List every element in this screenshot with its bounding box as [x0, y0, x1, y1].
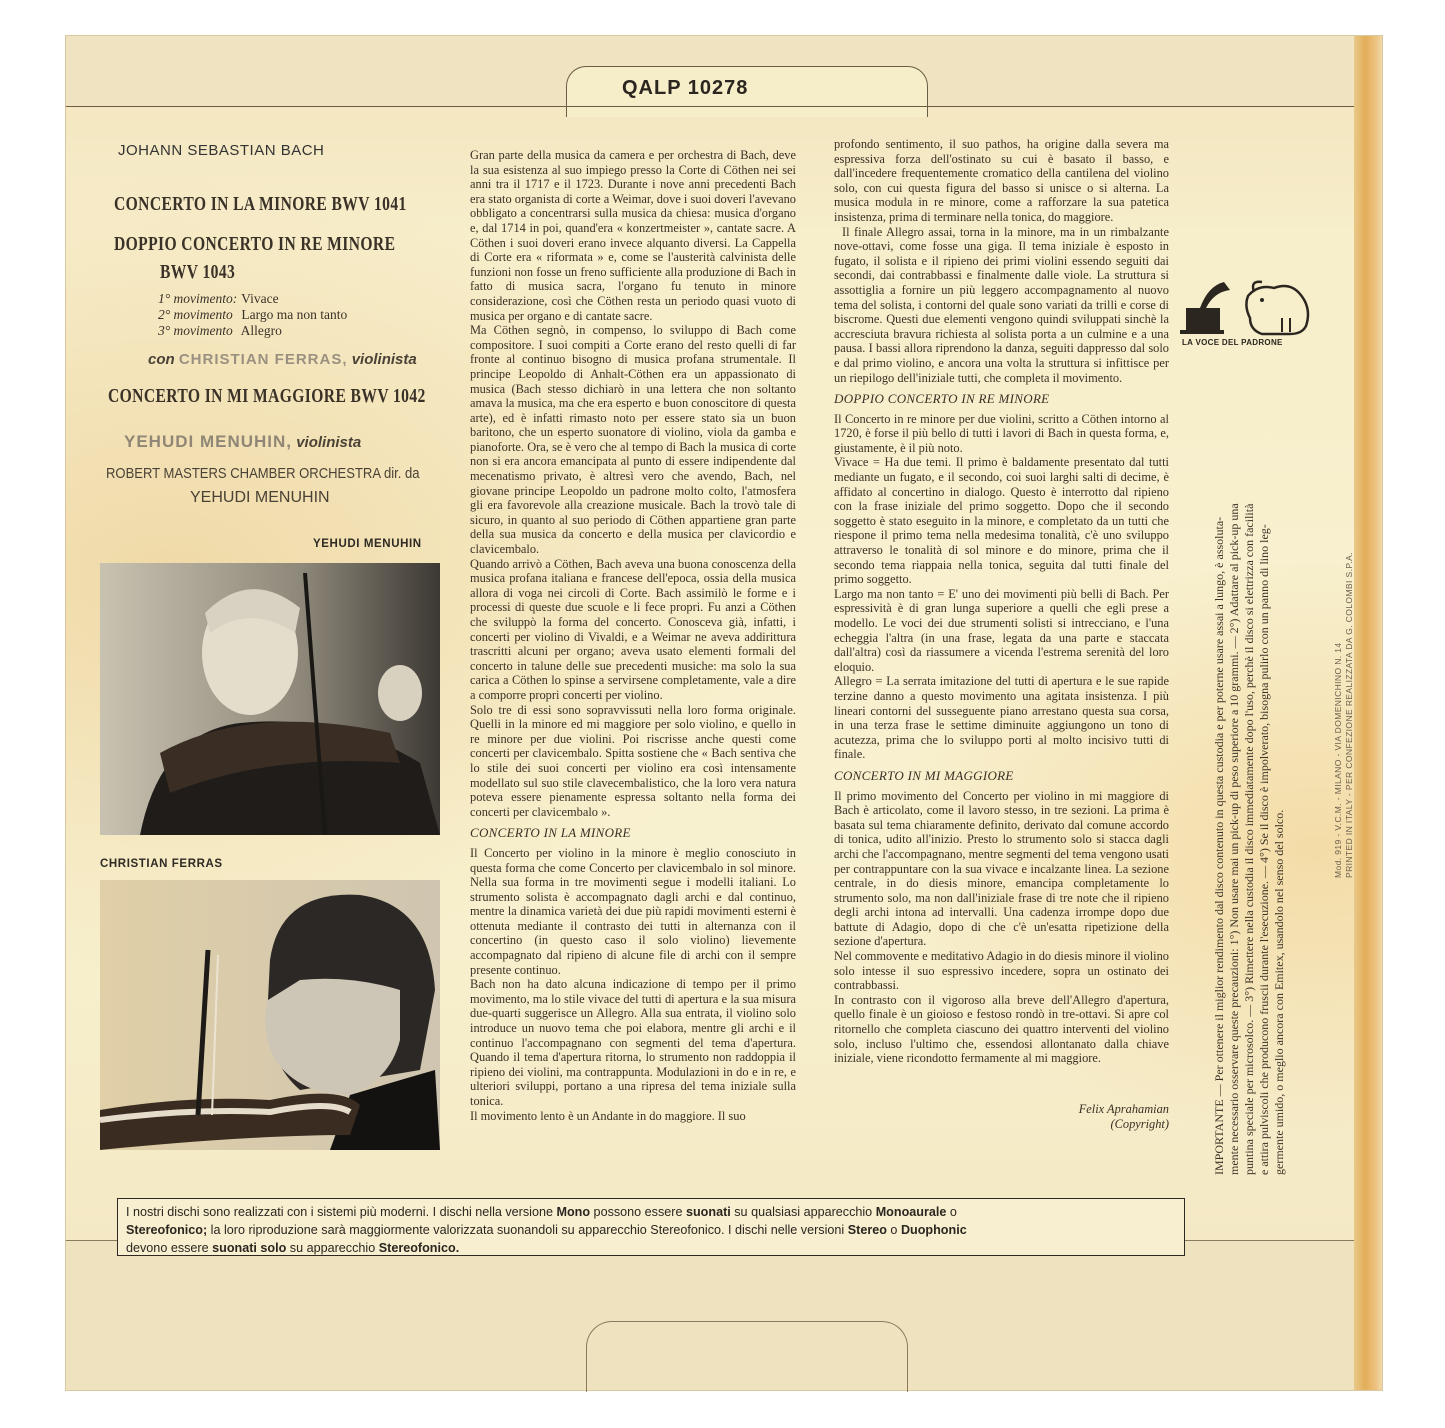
dog-and-gramophone-icon	[1178, 278, 1318, 340]
work-title-bwv1043-line2: BWV 1043	[160, 261, 235, 284]
care-instructions-line-3: puntina speciale per microsolco. — 3°) R…	[1242, 504, 1256, 1175]
orchestra-credit: ROBERT MASTERS CHAMBER ORCHESTRA dir. da	[106, 466, 420, 482]
care-instructions-line-5: germente umido, o meglio ancora con Emit…	[1272, 810, 1286, 1175]
violinist-photo-menuhin	[100, 563, 440, 835]
sleeve-spine-edge	[1354, 36, 1382, 1390]
section-heading: DOPPIO CONCERTO IN RE MINORE	[834, 392, 1169, 407]
paragraph: Nel commovente e meditativo Adagio in do…	[834, 949, 1169, 993]
paragraph: Vivace = Ha due temi. Il primo è baldame…	[834, 455, 1169, 586]
liner-notes-column-2: profondo sentimento, il suo pathos, ha o…	[834, 137, 1169, 1066]
printer-info-line-2: PRINTED IN ITALY - PER CONFEZIONE REALIZ…	[1344, 552, 1354, 878]
label-name: LA VOCE DEL PADRONE	[1182, 338, 1283, 347]
paragraph: In contrasto con il vigoroso alla breve …	[834, 993, 1169, 1066]
section-heading: CONCERTO IN LA MINORE	[470, 826, 796, 841]
playback-notice-box: I nostri dischi sono realizzati con i si…	[117, 1198, 1185, 1256]
work-title-bwv1041: CONCERTO IN LA MINORE BWV 1041	[114, 193, 407, 216]
paragraph: Il movimento lento è un Andante in do ma…	[470, 1109, 796, 1124]
photo-caption-menuhin: YEHUDI MENUHIN	[313, 538, 422, 550]
flap-fold-line	[66, 106, 1382, 107]
paragraph: Il primo movimento del Concerto per viol…	[834, 789, 1169, 950]
paragraph: Bach non ha dato alcuna indicazione di t…	[470, 977, 796, 1108]
conductor-name: YEHUDI MENUHIN	[190, 489, 330, 507]
care-instructions-line-4: e attira pulviscoli che producono frusci…	[1257, 524, 1271, 1175]
care-instructions-line-1: IMPORTANTE — Per ottenere il miglior ren…	[1212, 517, 1226, 1175]
paragraph: Ma Cöthen segnò, in compenso, lo svilupp…	[470, 323, 796, 557]
performer-menuhin: YEHUDI MENUHIN, violinista	[124, 432, 361, 452]
photo-yehudi-menuhin	[100, 563, 440, 835]
movement-1: 1° movimento: Vivace	[158, 291, 279, 307]
author-signature: Felix Aprahamian	[834, 1102, 1169, 1117]
composer-name: JOHANN SEBASTIAN BACH	[118, 142, 324, 159]
photo-caption-ferras: CHRISTIAN FERRAS	[100, 858, 223, 870]
catalog-number: QALP 10278	[622, 77, 748, 100]
photo-christian-ferras	[100, 880, 440, 1150]
care-instructions-line-2: mente necessario osservare queste precau…	[1227, 503, 1241, 1175]
copyright-note: (Copyright)	[834, 1117, 1169, 1132]
paragraph: Largo ma non tanto = E' uno dei moviment…	[834, 587, 1169, 675]
paragraph: Solo tre di essi sono sopravvissuti nell…	[470, 703, 796, 820]
printer-info-line-1: Mod. 919 - V.C.M. - MILANO - VIA DOMENIC…	[1333, 642, 1343, 878]
paragraph: Quando arrivò a Cöthen, Bach aveva una b…	[470, 557, 796, 703]
paragraph: Il finale Allegro assai, torna in la min…	[834, 225, 1169, 386]
paragraph: Allegro = La serrata imitazione del tutt…	[834, 674, 1169, 762]
paragraph: Il Concerto per violino in la minore è m…	[470, 846, 796, 977]
liner-notes-column-1: Gran parte della musica da camera e per …	[470, 148, 796, 1123]
liner-notes-signature: Felix Aprahamian (Copyright)	[834, 1102, 1169, 1131]
movement-2: 2° movimento Largo ma non tanto	[158, 307, 347, 323]
work-title-bwv1043-line1: DOPPIO CONCERTO IN RE MINORE	[114, 233, 395, 256]
section-heading: CONCERTO IN MI MAGGIORE	[834, 769, 1169, 784]
violinist-photo-ferras	[100, 880, 440, 1150]
movement-3: 3° movimento Allegro	[158, 323, 282, 339]
bottom-flap	[66, 1240, 1382, 1390]
paragraph: Il Concerto in re minore per due violini…	[834, 412, 1169, 456]
paragraph: Gran parte della musica da camera e per …	[470, 148, 796, 323]
performer-ferras: con CHRISTIAN FERRAS, violinista	[148, 351, 417, 368]
work-title-bwv1042: CONCERTO IN MI MAGGIORE BWV 1042	[108, 385, 426, 408]
paragraph: profondo sentimento, il suo pathos, ha o…	[834, 137, 1169, 225]
